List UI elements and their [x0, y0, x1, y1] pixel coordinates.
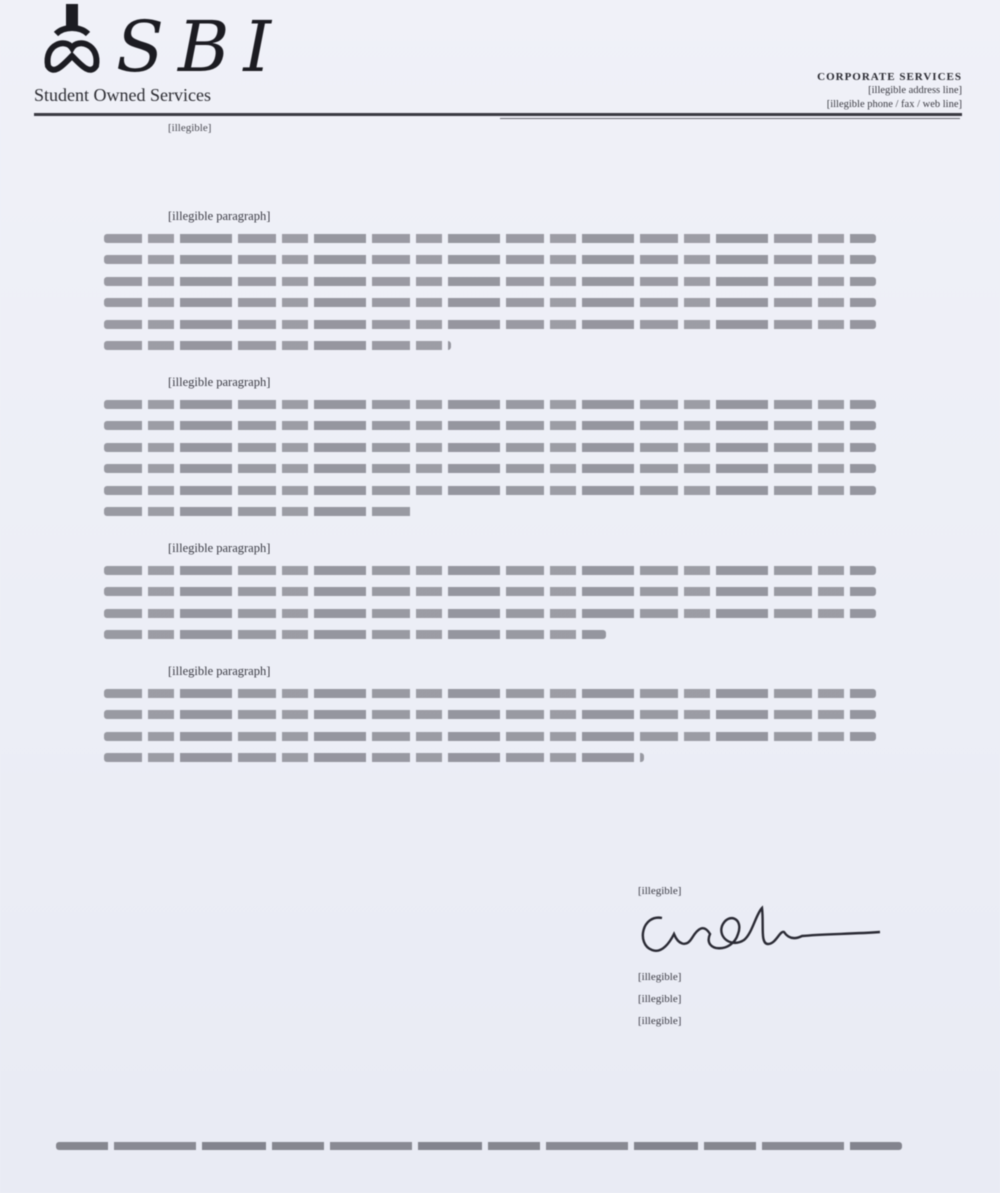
sbi-logo: SBI [36, 2, 285, 82]
paragraph-4: [illegible paragraph] [104, 661, 876, 762]
paragraph-1-text: [illegible paragraph] [168, 209, 270, 223]
signatory-title: [illegible] [638, 988, 882, 1010]
corporate-title: CORPORATE SERVICES [817, 70, 962, 84]
footer-line [56, 1142, 902, 1150]
letter-page: SBI Student Owned Services [illegible] C… [0, 0, 1000, 1193]
figure-logo-icon [36, 4, 108, 82]
logo-tagline: Student Owned Services [34, 85, 211, 106]
edition-note: [illegible] [168, 122, 211, 134]
paragraph-1: [illegible paragraph] [104, 206, 876, 350]
header-rule [34, 113, 962, 116]
header-subrule [500, 118, 960, 119]
paragraph-3-text: [illegible paragraph] [168, 541, 270, 555]
signatory-organization: [illegible] [638, 1010, 882, 1032]
corporate-contact: [illegible phone / fax / web line] [817, 98, 962, 112]
paragraph-2: [illegible paragraph] [104, 372, 876, 516]
paragraph-4-text: [illegible paragraph] [168, 664, 270, 678]
closing-salutation: [illegible] [638, 880, 882, 902]
corporate-address: [illegible address line] [817, 84, 962, 98]
corporate-contact-block: CORPORATE SERVICES [illegible address li… [817, 70, 962, 112]
paragraph-2-text: [illegible paragraph] [168, 375, 270, 389]
paragraph-3: [illegible paragraph] [104, 538, 876, 639]
signatory-name: [illegible] [638, 966, 882, 988]
signature-block: [illegible] [illegible] [illegible] [ill… [638, 880, 882, 1032]
handwritten-signature-icon [632, 904, 882, 960]
logo-wordmark: SBI [116, 12, 285, 82]
letter-body: [illegible paragraph] [illegible paragra… [104, 206, 876, 784]
